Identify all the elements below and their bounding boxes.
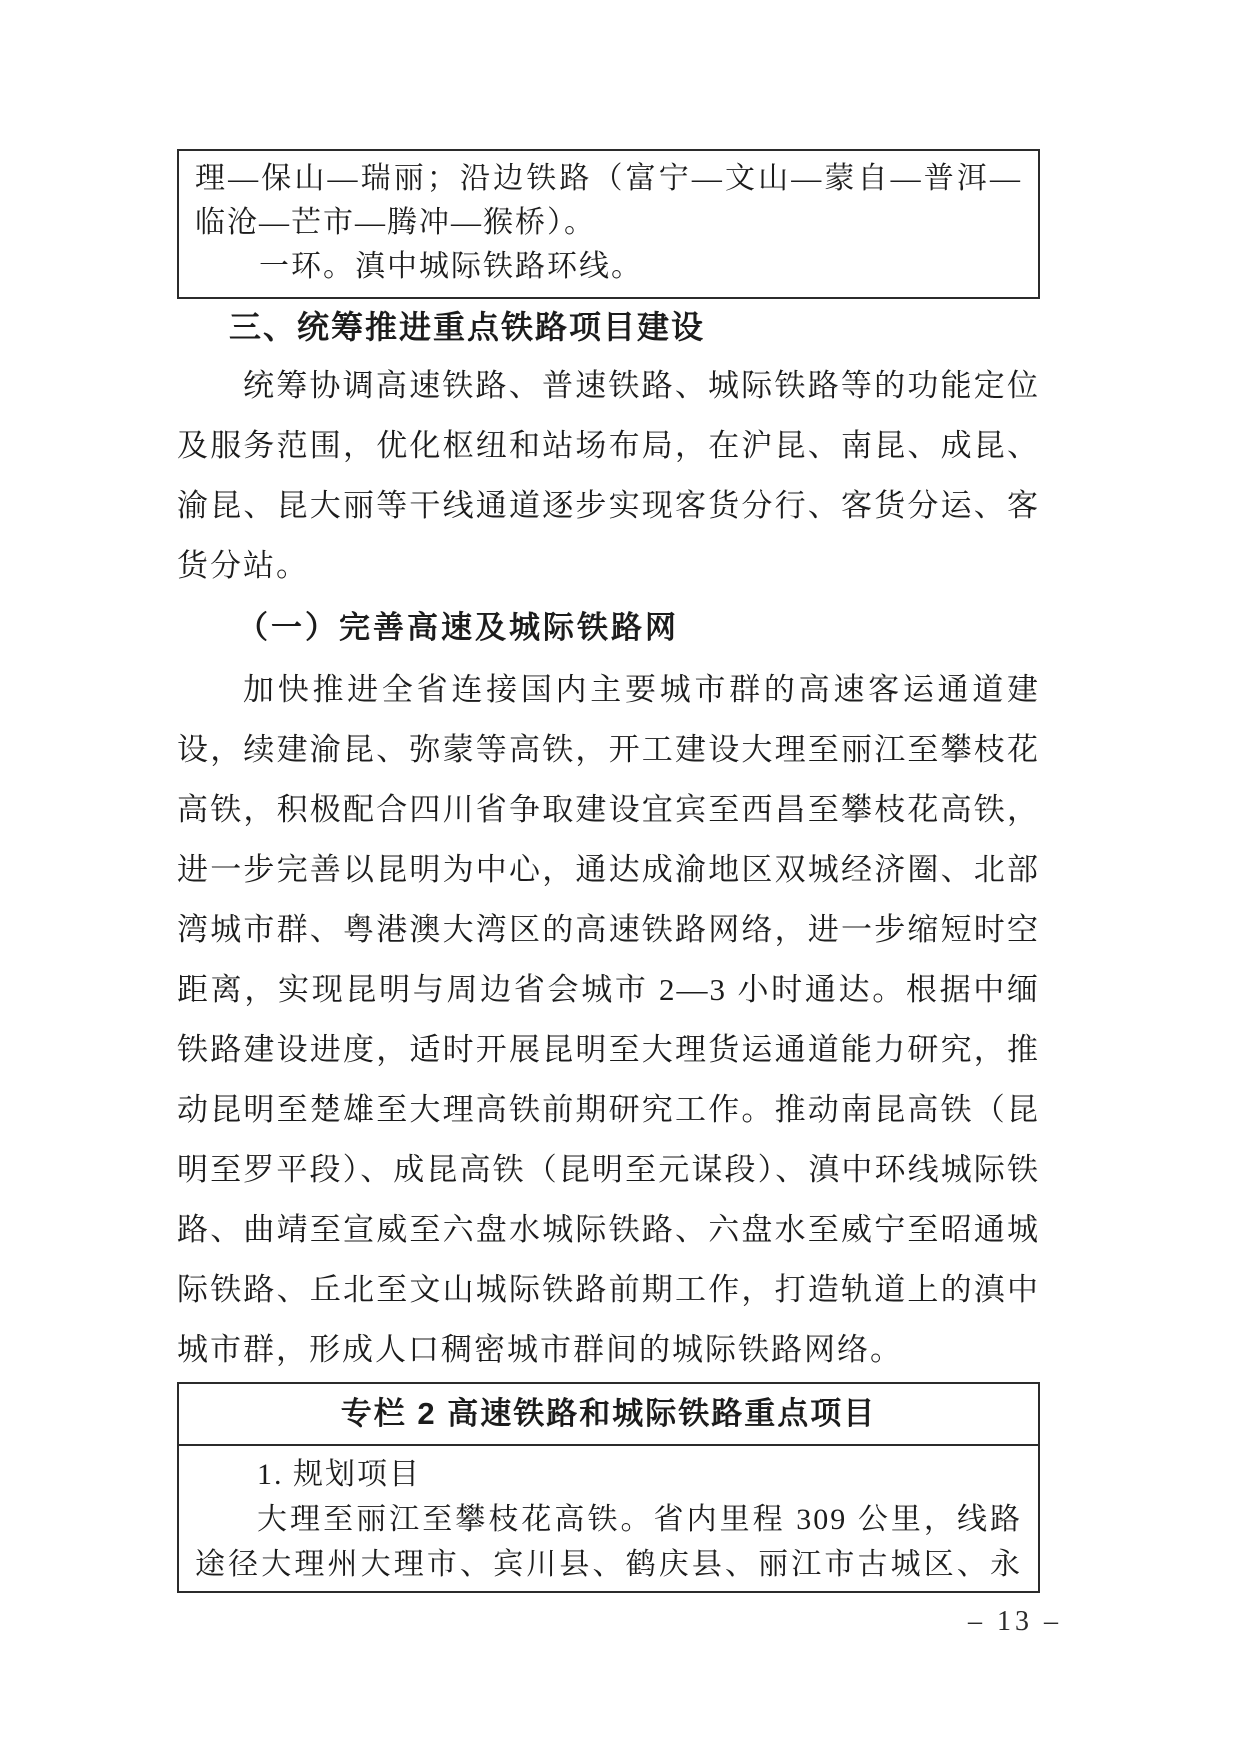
page-number: – 13 – [968, 1606, 1062, 1638]
paragraph-line: 货分站。 [177, 536, 1040, 596]
paragraph-line: 及服务范围，优化枢纽和站场布局，在沪昆、南昆、成昆、 [177, 416, 1040, 476]
box-text-line: 理—保山—瑞丽；沿边铁路（富宁—文山—蒙自—普洱— [195, 157, 1022, 201]
paragraph-line: 路、曲靖至宣威至六盘水城际铁路、六盘水至威宁至昭通城 [177, 1200, 1040, 1260]
box-text-line: 1. 规划项目 [195, 1452, 1022, 1497]
paragraph-line: 渝昆、昆大丽等干线通道逐步实现客货分行、客货分运、客 [177, 476, 1040, 536]
column-box-2: 专栏 2 高速铁路和城际铁路重点项目 1. 规划项目 大理至丽江至攀枝花高铁。省… [177, 1382, 1040, 1593]
paragraph-line: 距离，实现昆明与周边省会城市 2—3 小时通达。根据中缅 [177, 960, 1040, 1020]
paragraph-line: 铁路建设进度，适时开展昆明至大理货运通道能力研究，推 [177, 1020, 1040, 1080]
section-heading: 三、统筹推进重点铁路项目建设 [177, 302, 1040, 348]
paragraph-line: 动昆明至楚雄至大理高铁前期研究工作。推动南昆高铁（昆 [177, 1080, 1040, 1140]
box-text-line: 一环。滇中城际铁路环线。 [195, 245, 1022, 289]
box-text-line: 临沧—芒市—腾冲—猴桥）。 [195, 201, 1022, 245]
column-box-continued: 理—保山—瑞丽；沿边铁路（富宁—文山—蒙自—普洱— 临沧—芒市—腾冲—猴桥）。 … [177, 149, 1040, 299]
paragraph-line: 际铁路、丘北至文山城际铁路前期工作，打造轨道上的滇中 [177, 1260, 1040, 1320]
paragraph-line: 城市群，形成人口稠密城市群间的城际铁路网络。 [177, 1320, 1040, 1380]
column-box-title: 专栏 2 高速铁路和城际铁路重点项目 [179, 1384, 1038, 1446]
box-text-line: 大理至丽江至攀枝花高铁。省内里程 309 公里，线路 [195, 1497, 1022, 1542]
column-box-content: 1. 规划项目 大理至丽江至攀枝花高铁。省内里程 309 公里，线路 途径大理州… [179, 1446, 1038, 1591]
paragraph-line: 明至罗平段）、成昆高铁（昆明至元谋段）、滇中环线城际铁 [177, 1140, 1040, 1200]
paragraph-line: 高铁，积极配合四川省争取建设宜宾至西昌至攀枝花高铁， [177, 780, 1040, 840]
subsection-heading: （一）完善高速及城际铁路网 [177, 602, 1040, 647]
document-page: 理—保山—瑞丽；沿边铁路（富宁—文山—蒙自—普洱— 临沧—芒市—腾冲—猴桥）。 … [0, 0, 1240, 1754]
paragraph: 加快推进全省连接国内主要城市群的高速客运通道建 设，续建渝昆、弥蒙等高铁，开工建… [177, 660, 1040, 1380]
paragraph-line: 湾城市群、粤港澳大湾区的高速铁路网络，进一步缩短时空 [177, 900, 1040, 960]
paragraph-line: 设，续建渝昆、弥蒙等高铁，开工建设大理至丽江至攀枝花 [177, 720, 1040, 780]
paragraph-line: 统筹协调高速铁路、普速铁路、城际铁路等的功能定位 [177, 356, 1040, 416]
paragraph: 统筹协调高速铁路、普速铁路、城际铁路等的功能定位 及服务范围，优化枢纽和站场布局… [177, 356, 1040, 596]
paragraph-line: 进一步完善以昆明为中心，通达成渝地区双城经济圈、北部 [177, 840, 1040, 900]
paragraph-line: 加快推进全省连接国内主要城市群的高速客运通道建 [177, 660, 1040, 720]
box-text-line: 途径大理州大理市、宾川县、鹤庆县、丽江市古城区、永 [195, 1542, 1022, 1587]
